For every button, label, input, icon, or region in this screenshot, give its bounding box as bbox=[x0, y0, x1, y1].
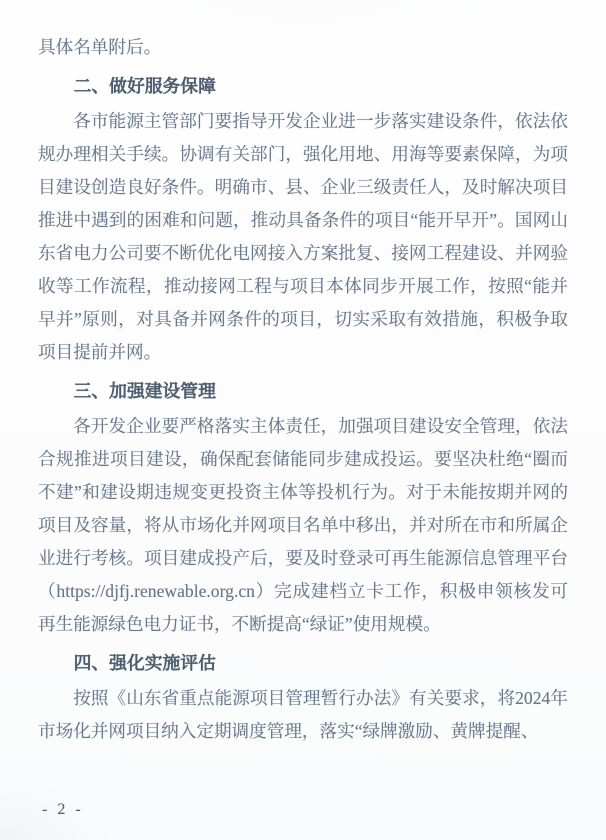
document-continuation: 具体名单附后。 bbox=[38, 31, 568, 64]
document-heading: 四、强化实施评估 bbox=[38, 647, 568, 680]
document-paragraph: 各市能源主管部门要指导开发企业进一步落实建设条件，依法依规办理相关手续。协调有关… bbox=[38, 105, 568, 369]
page-number: - 2 - bbox=[42, 801, 84, 819]
document-content: 具体名单附后。二、做好服务保障各市能源主管部门要指导开发企业进一步落实建设条件，… bbox=[38, 31, 568, 748]
document-heading: 二、做好服务保障 bbox=[38, 70, 568, 103]
document-paragraph: 各开发企业要严格落实主体责任，加强项目建设安全管理，依法合规推进项目建设，确保配… bbox=[38, 410, 568, 641]
document-paragraph: 按照《山东省重点能源项目管理暂行办法》有关要求，将2024年市场化并网项目纳入定… bbox=[38, 682, 568, 748]
document-heading: 三、加强建设管理 bbox=[38, 375, 568, 408]
document-page: 具体名单附后。二、做好服务保障各市能源主管部门要指导开发企业进一步落实建设条件，… bbox=[0, 0, 606, 840]
